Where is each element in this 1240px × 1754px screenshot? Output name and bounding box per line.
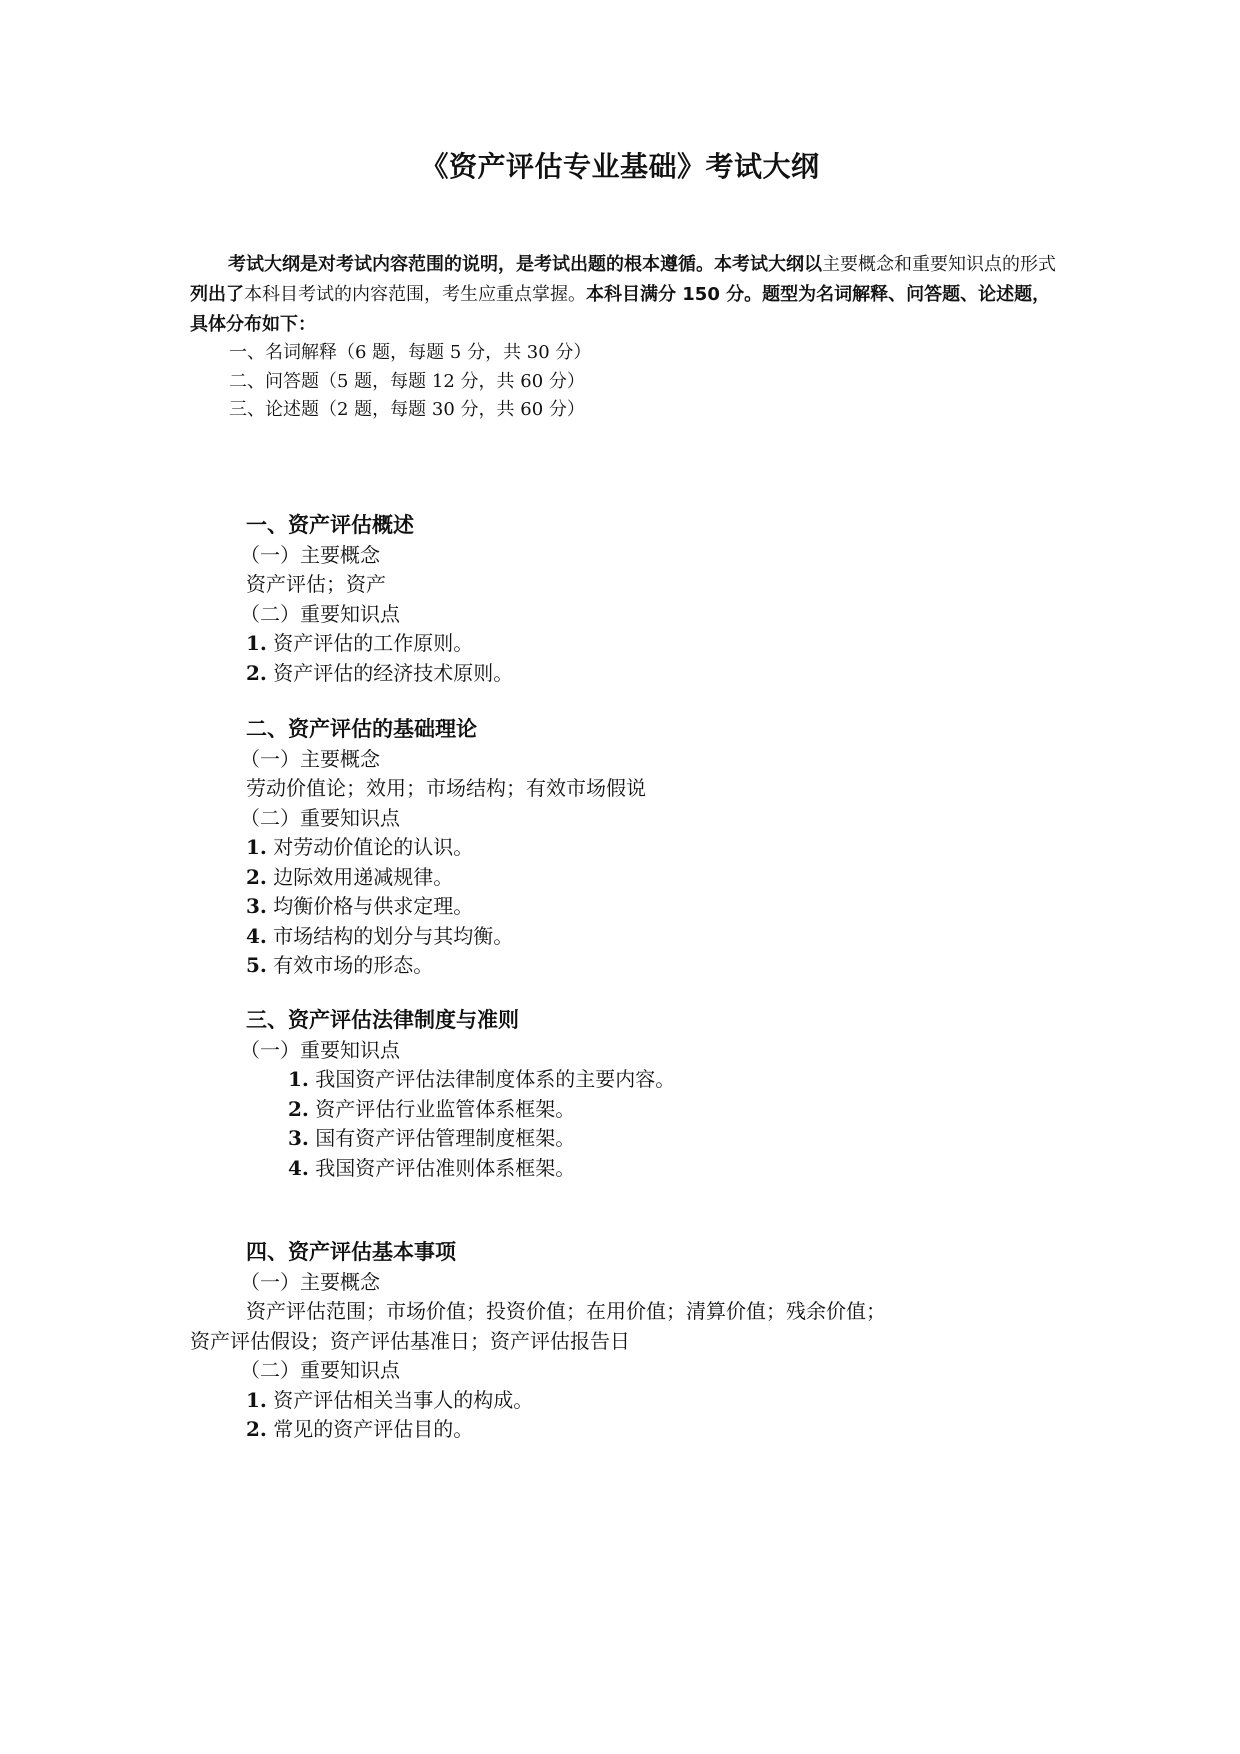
score-item: 一、名词解释（6 题，每题 5 分，共 30 分）	[229, 339, 591, 368]
point-item: 1. 我国资产评估法律制度体系的主要内容。	[288, 1065, 1066, 1095]
point-item: 2. 资产评估行业监管体系框架。	[288, 1095, 1066, 1125]
section-2: 二、资产评估的基础理论 （一）主要概念 劳动价值论；效用；市场结构；有效市场假说…	[246, 715, 1066, 981]
point-item: 3. 均衡价格与供求定理。	[246, 892, 1066, 922]
concepts-label: （一）主要概念	[240, 745, 1066, 775]
concepts-text: 资产评估；资产	[246, 570, 1066, 600]
points-label: （二）重要知识点	[240, 1356, 1066, 1386]
intro-run-3: 列出了	[190, 284, 244, 305]
point-item: 2. 资产评估的经济技术原则。	[246, 659, 1066, 689]
intro-paragraph: 考试大纲是对考试内容范围的说明，是考试出题的根本遵循。本考试大纲以主要概念和重要…	[190, 250, 1060, 340]
point-item: 1. 对劳动价值论的认识。	[246, 833, 1066, 863]
points-label: （一）重要知识点	[240, 1036, 1066, 1066]
section-4: 四、资产评估基本事项 （一）主要概念 资产评估范围；市场价值；投资价值；在用价值…	[246, 1238, 1066, 1445]
document-page: 《资产评估专业基础》考试大纲 考试大纲是对考试内容范围的说明，是考试出题的根本遵…	[0, 0, 1240, 1754]
section-heading: 二、资产评估的基础理论	[246, 715, 1066, 745]
section-heading: 四、资产评估基本事项	[246, 1238, 1066, 1268]
score-distribution-list: 一、名词解释（6 题，每题 5 分，共 30 分） 二、问答题（5 题，每题 1…	[229, 339, 591, 425]
point-item: 2. 边际效用递减规律。	[246, 863, 1066, 893]
point-item: 1. 资产评估相关当事人的构成。	[246, 1386, 1066, 1416]
score-item: 三、论述题（2 题，每题 30 分，共 60 分）	[229, 396, 591, 425]
document-title: 《资产评估专业基础》考试大纲	[0, 145, 1240, 185]
intro-run-2: 主要概念和重要知识点的形式	[822, 254, 1056, 275]
intro-run-1: 考试大纲是对考试内容范围的说明，是考试出题的根本遵循。本考试大纲以	[228, 254, 822, 275]
concepts-label: （一）主要概念	[240, 1268, 1066, 1298]
point-item: 5. 有效市场的形态。	[246, 951, 1066, 981]
intro-run-4: 本科目考试的内容范围，考生应重点掌握。	[244, 284, 586, 305]
point-item: 4. 我国资产评估准则体系框架。	[288, 1154, 1066, 1184]
points-label: （二）重要知识点	[240, 600, 1066, 630]
point-item: 2. 常见的资产评估目的。	[246, 1415, 1066, 1445]
concepts-text: 劳动价值论；效用；市场结构；有效市场假说	[246, 774, 1066, 804]
point-item: 1. 资产评估的工作原则。	[246, 629, 1066, 659]
section-1: 一、资产评估概述 （一）主要概念 资产评估；资产 （二）重要知识点 1. 资产评…	[246, 511, 1066, 688]
point-item: 3. 国有资产评估管理制度框架。	[288, 1124, 1066, 1154]
section-heading: 三、资产评估法律制度与准则	[246, 1006, 1066, 1036]
concepts-label: （一）主要概念	[240, 541, 1066, 571]
point-item: 4. 市场结构的划分与其均衡。	[246, 922, 1066, 952]
section-heading: 一、资产评估概述	[246, 511, 1066, 541]
section-3: 三、资产评估法律制度与准则 （一）重要知识点 1. 我国资产评估法律制度体系的主…	[246, 1006, 1066, 1183]
score-item: 二、问答题（5 题，每题 12 分，共 60 分）	[229, 368, 591, 397]
points-label: （二）重要知识点	[240, 804, 1066, 834]
concepts-text-line-2: 资产评估假设；资产评估基准日；资产评估报告日	[190, 1327, 1066, 1357]
concepts-text-line-1: 资产评估范围；市场价值；投资价值；在用价值；清算价值；残余价值；	[246, 1297, 1066, 1327]
